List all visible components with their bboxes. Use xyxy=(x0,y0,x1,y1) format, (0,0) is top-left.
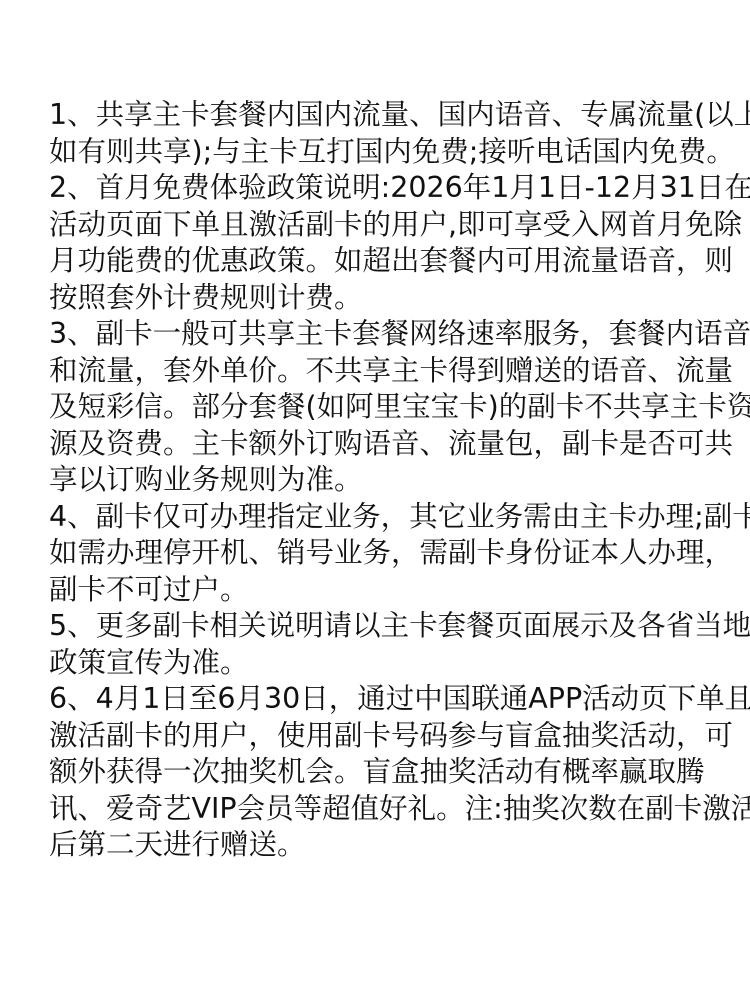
text-line: 4、副卡仅可办理指定业务，其它业务需由主卡办理;副卡 xyxy=(49,499,709,536)
terms-item-6: 6、4月1日至6月30日，通过中国联通APP活动页下单且 激活副卡的用户，使用副… xyxy=(49,681,709,864)
text-line: 及短彩信。部分套餐(如阿里宝宝卡)的副卡不共享主卡资 xyxy=(49,389,709,426)
text-line: 6、4月1日至6月30日，通过中国联通APP活动页下单且 xyxy=(49,681,709,718)
text-line: 1、共享主卡套餐内国内流量、国内语音、专属流量(以上 xyxy=(49,97,709,134)
text-line: 5、更多副卡相关说明请以主卡套餐页面展示及各省当地 xyxy=(49,608,709,645)
text-line: 副卡不可过户。 xyxy=(49,572,709,609)
text-line: 2、首月免费体验政策说明:2026年1月1日-12月31日在 xyxy=(49,170,709,207)
terms-item-4: 4、副卡仅可办理指定业务，其它业务需由主卡办理;副卡 如需办理停开机、销号业务，… xyxy=(49,499,709,609)
terms-document: 1、共享主卡套餐内国内流量、国内语音、专属流量(以上 如有则共享);与主卡互打国… xyxy=(49,97,709,864)
terms-item-5: 5、更多副卡相关说明请以主卡套餐页面展示及各省当地 政策宣传为准。 xyxy=(49,608,709,681)
text-line: 月功能费的优惠政策。如超出套餐内可用流量语音，则 xyxy=(49,243,709,280)
text-line: 讯、爱奇艺VIP会员等超值好礼。注:抽奖次数在副卡激活 xyxy=(49,791,709,828)
text-line: 激活副卡的用户，使用副卡号码参与盲盒抽奖活动，可 xyxy=(49,718,709,755)
terms-item-1: 1、共享主卡套餐内国内流量、国内语音、专属流量(以上 如有则共享);与主卡互打国… xyxy=(49,97,709,170)
text-line: 政策宣传为准。 xyxy=(49,645,709,682)
text-line: 活动页面下单且激活副卡的用户,即可享受入网首月免除 xyxy=(49,207,709,244)
text-line: 后第二天进行赠送。 xyxy=(49,827,709,864)
text-line: 3、副卡一般可共享主卡套餐网络速率服务，套餐内语音 xyxy=(49,316,709,353)
text-line: 享以订购业务规则为准。 xyxy=(49,462,709,499)
terms-item-3: 3、副卡一般可共享主卡套餐网络速率服务，套餐内语音 和流量，套外单价。不共享主卡… xyxy=(49,316,709,499)
text-line: 和流量，套外单价。不共享主卡得到赠送的语音、流量 xyxy=(49,353,709,390)
terms-item-2: 2、首月免费体验政策说明:2026年1月1日-12月31日在 活动页面下单且激活… xyxy=(49,170,709,316)
text-line: 源及资费。主卡额外订购语音、流量包，副卡是否可共 xyxy=(49,426,709,463)
text-line: 按照套外计费规则计费。 xyxy=(49,280,709,317)
text-line: 如有则共享);与主卡互打国内免费;接听电话国内免费。 xyxy=(49,134,709,171)
text-line: 额外获得一次抽奖机会。盲盒抽奖活动有概率赢取腾 xyxy=(49,754,709,791)
text-line: 如需办理停开机、销号业务，需副卡身份证本人办理， xyxy=(49,535,709,572)
